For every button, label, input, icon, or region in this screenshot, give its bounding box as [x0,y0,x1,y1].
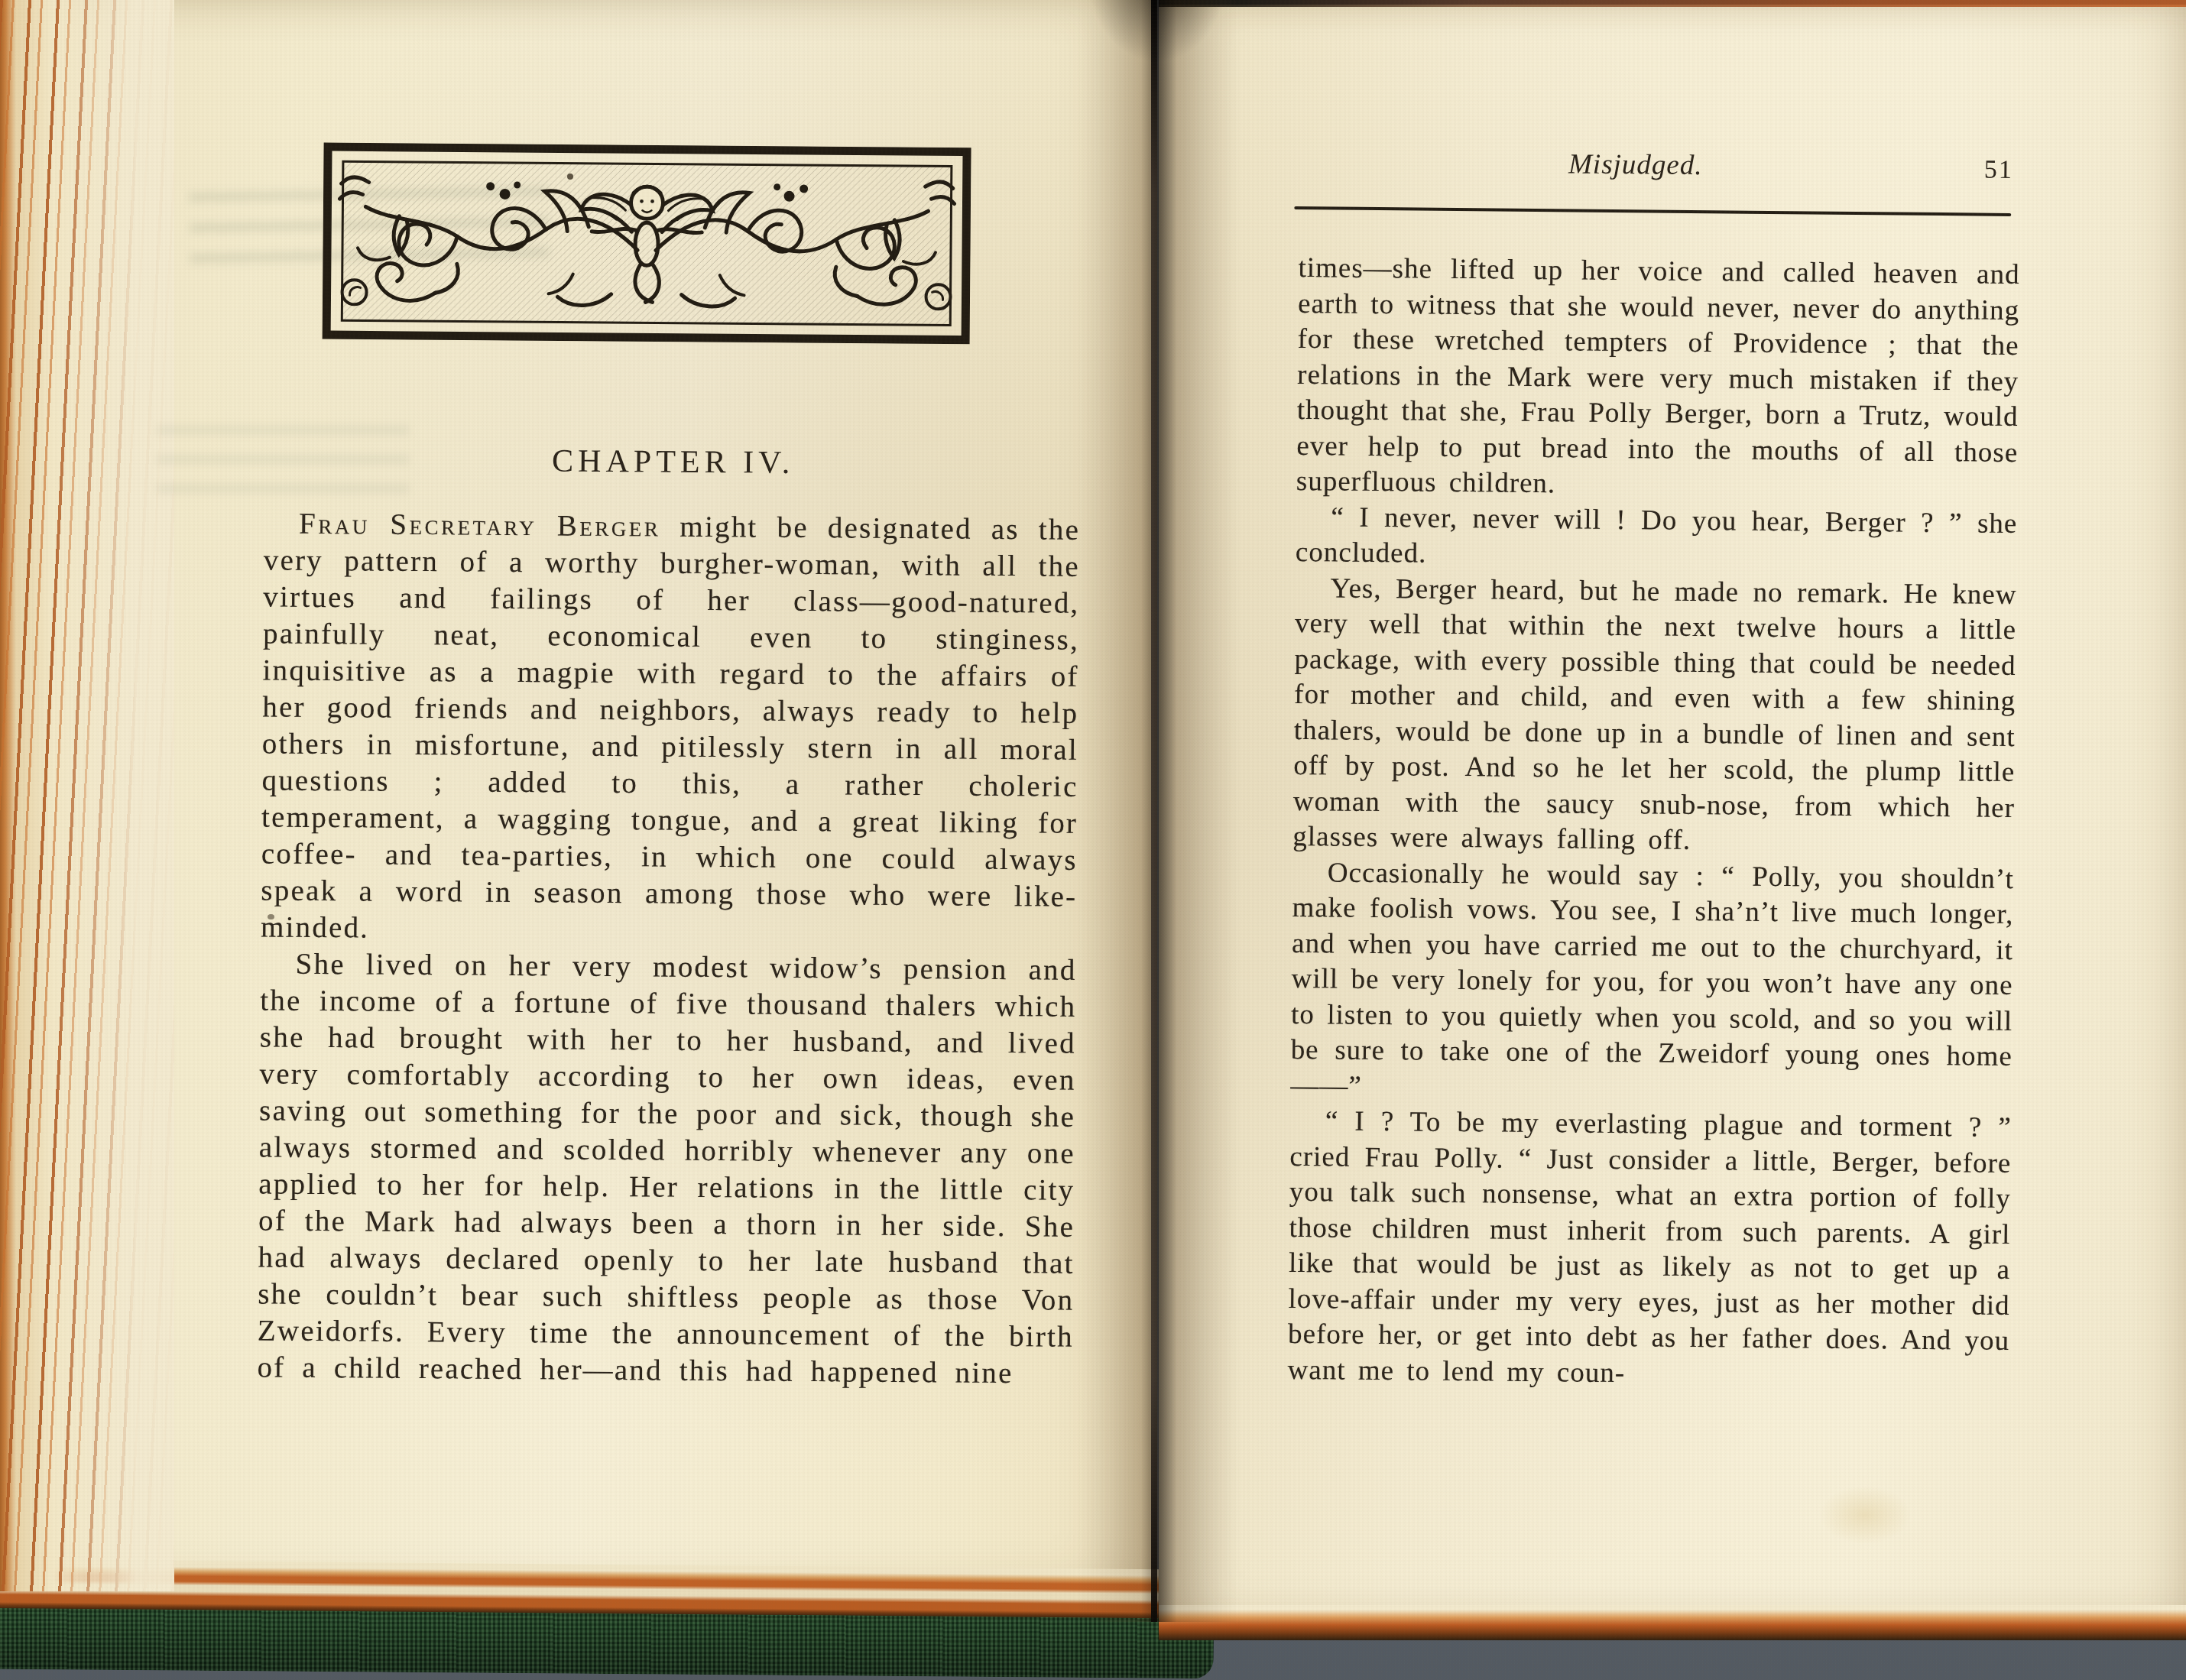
header-rule [1294,206,2011,216]
paragraph: Yes, Berger heard, but he made no remark… [1292,570,2017,861]
running-head-row: Misjudged. 51 [1298,145,2020,196]
right-page-content: Misjudged. 51 times—she lifted up her vo… [0,0,2186,1629]
paragraph: “ I ? To be my everlasting plague and to… [1287,1104,2012,1395]
running-header: Misjudged. [1298,145,1974,184]
paragraph: times—she lifted up her voice and called… [1296,251,2020,507]
right-page-text: times—she lifted up her voice and called… [1287,251,2019,1395]
paragraph: “ I never, never will ! Do you hear, Ber… [1296,499,2018,577]
scanned-book-spread: CHAPTER IV. Frau Secretary Berger might … [0,0,2186,1680]
page-number: 51 [1984,156,2013,185]
paragraph: Occasionally he would say : “ Polly, you… [1290,855,2014,1111]
